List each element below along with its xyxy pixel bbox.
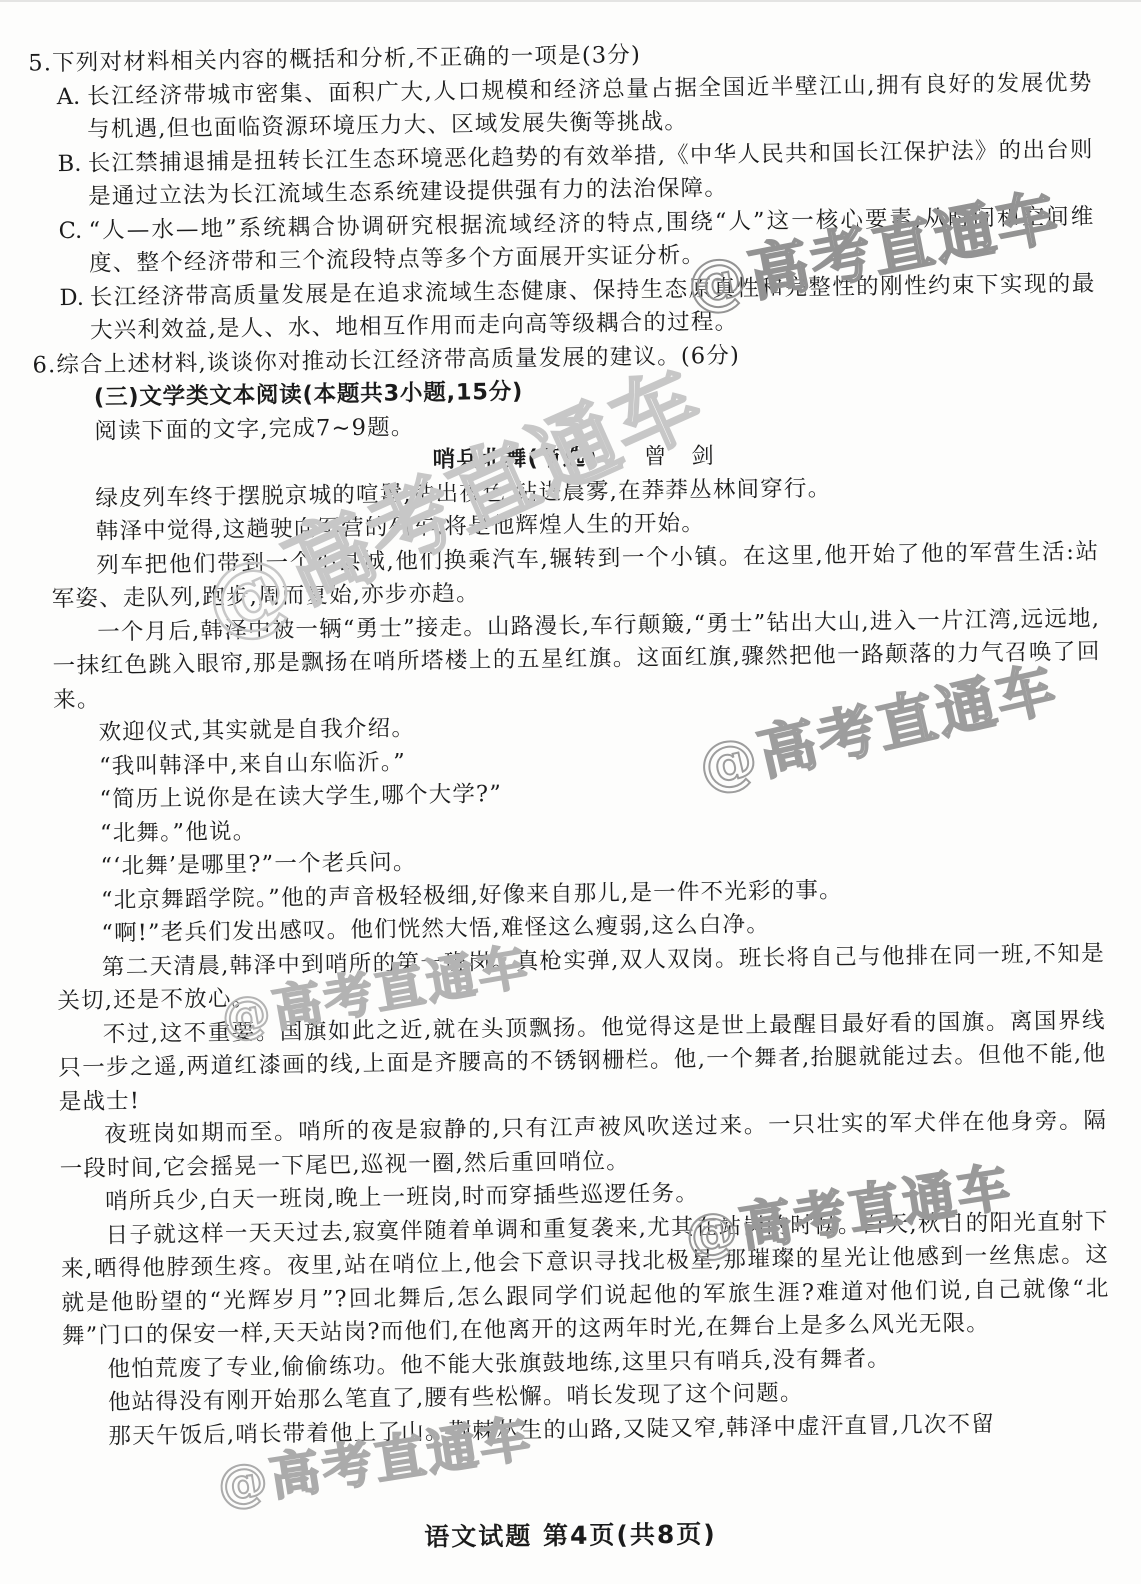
story-paragraph: 不过,这不重要。国旗如此之近,就在头顶飘扬。他觉得这是世上最醒目最好看的国旗。离…: [58, 1004, 1107, 1119]
story-paragraph: 日子就这样一天天过去,寂寞伴随着单调和重复袭来,尤其在站岗的时候。白天,秋日的阳…: [60, 1205, 1110, 1354]
scan-edge-artifact: [0, 0, 1141, 2]
story-author: 曾 剑: [644, 443, 715, 470]
option-d-label: D.: [59, 281, 89, 315]
page-content: 5.下列对材料相关内容的概括和分析,不正确的一项是(3分) A.长江经济带城市密…: [44, 33, 1112, 1454]
option-a-label: A.: [57, 80, 87, 114]
option-b-text: 长江禁捕退捕是扭转长江生态环境恶化趋势的有效举措,《中华人民共和国长江保护法》的…: [87, 136, 1093, 210]
story-paragraph: 一个月后,韩泽中被一辆“勇士”接走。山路漫长,车行颠簸,“勇士”钻出大山,进入一…: [52, 602, 1101, 717]
option-a-text: 长江经济带城市密集、面积广大,人口规模和经济总量占据全国近半壁江山,拥有良好的发…: [87, 69, 1093, 143]
option-c-text: “人—水—地”系统耦合协调研究根据流域经济的特点,围绕“人”这一核心要素,从时间…: [88, 203, 1094, 277]
story-title: 哨兵北舞(节选): [433, 445, 599, 473]
option-b-label: B.: [57, 147, 87, 181]
exam-page: @高考直通车 @高考直通车 @高考直通车 @高考直通车 @高考直通车 @高考直通…: [0, 0, 1141, 1584]
option-c-label: C.: [58, 214, 88, 248]
page-footer: 语文试题 第4页(共8页): [0, 1510, 1141, 1558]
option-d-text: 长江经济带高质量发展是在追求流域生态健康、保持生态原真性和完整性的刚性约束下实现…: [89, 270, 1095, 344]
